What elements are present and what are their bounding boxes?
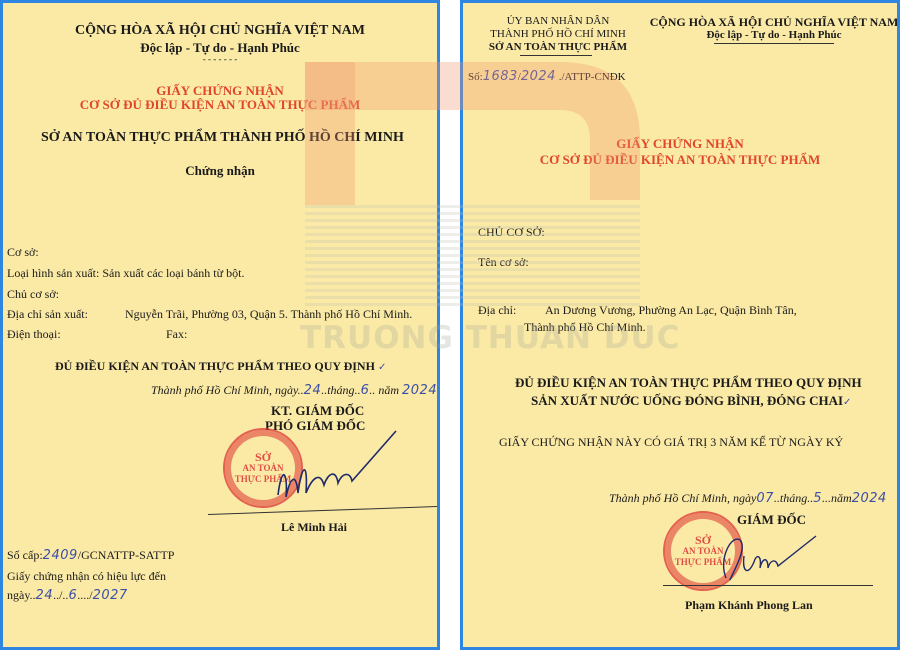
validity-label: Giấy chứng nhận có hiệu lực đến [7,569,166,584]
issue-number: Số cấp:2409/GCNATTP-SATTP [7,548,174,563]
conclusion-text: ĐỦ ĐIỀU KIỆN AN TOÀN THỰC PHẨM THEO QUY … [55,359,375,373]
certificate-page-left: CỘNG HÒA XÃ HỘI CHỦ NGHĨA VIỆT NAM Độc l… [0,0,440,650]
issue-number-suffix: /GCNATTP-SATTP [78,548,175,562]
doc-number-value: 1683 [483,69,518,84]
validity-prefix: ngày [7,588,30,602]
national-title: CỘNG HÒA XÃ HỘI CHỦ NGHĨA VIỆT NAM [3,23,437,39]
signature [268,423,408,513]
date-year-label: năm [378,383,399,397]
address-label: Địa chỉ: [478,303,516,318]
doc-year: 2024 [521,69,556,84]
doc-suffix: /ATTP-CNĐK [561,71,625,83]
date-month-label: tháng [327,383,354,397]
national-title: CỘNG HÒA XÃ HỘI CHỦ NGHĨA VIỆT NAM [648,15,900,30]
signer-role-1: KT. GIÁM ĐỐC [271,403,364,419]
address-value: Nguyễn Trãi, Phường 03, Quận 5. Thành ph… [125,307,412,322]
motto: Độc lập - Tự do - Hạnh Phúc [648,29,900,41]
conclusion: ĐỦ ĐIỀU KIỆN AN TOÀN THỰC PHẨM THEO QUY … [55,359,387,374]
signer-role: GIÁM ĐỐC [737,512,806,528]
agency-line-2: THÀNH PHỐ HỒ CHÍ MINH [463,28,653,40]
validity-date: ngày..24../..6..../2027 [7,588,128,603]
issue-date: Thành phố Hồ Chí Minh, ngày..24..tháng..… [151,383,437,398]
conclusion-line-2: SẢN XUẤT NƯỚC UỐNG ĐÓNG BÌNH, ĐÓNG CHAI✓ [531,393,852,409]
validity-month: 6 [68,588,77,603]
signature [708,528,838,588]
document-number: Số:1683/2024 ./ATTP-CNĐK [468,69,626,84]
cert-title-line-2: CƠ SỞ ĐỦ ĐIỀU KIỆN AN TOÀN THỰC PHẨM [463,152,897,168]
facility-label: Cơ sở: [7,245,39,260]
date-month: 5 [813,491,822,506]
production-type-label: Loại hình sản xuất: [7,266,99,280]
cert-title-line-1: GIẤY CHỨNG NHẬN [463,136,897,152]
cert-title-line-2: CƠ SỞ ĐỦ ĐIỀU KIỆN AN TOÀN THỰC PHẨM [3,97,437,113]
production-type: Loại hình sản xuất: Sản xuất các loại bá… [7,266,244,281]
issue-number-label: Số cấp: [7,548,43,562]
certificate-page-right: ỦY BAN NHÂN DÂN THÀNH PHỐ HỒ CHÍ MINH SỞ… [460,0,900,650]
owner-label: CHỦ CƠ SỞ: [478,225,545,240]
date-place: Thành phố Hồ Chí Minh, ngày [151,383,298,397]
initials-mark: ✓ [378,362,387,373]
phone-label: Điện thoại: [7,327,61,342]
date-year: 2024 [852,491,887,506]
production-type-value: Sản xuất các loại bánh từ bột. [102,266,244,280]
signature-line [663,585,873,586]
agency-line-3: SỞ AN TOÀN THỰC PHẨM [463,41,653,53]
issue-date: Thành phố Hồ Chí Minh, ngày07..tháng..5.… [609,491,887,506]
issue-number-value: 2409 [43,548,78,563]
date-place: Thành phố Hồ Chí Minh, ngày [609,491,756,505]
motto-dashes: - - - - - - - [3,54,437,64]
agency-line-1: ỦY BAN NHÂN DÂN [463,15,653,27]
date-day: 24 [304,383,322,398]
fax-label: Fax: [166,327,187,342]
date-day: 07 [756,491,774,506]
date-month-label: tháng [780,491,807,505]
address-label: Địa chỉ sản xuất: [7,307,88,322]
agency-underline [520,55,592,56]
validity-day: 24 [36,588,54,603]
facility-label: Tên cơ sở: [478,255,529,270]
signer-name: Lê Minh Hải [281,520,347,535]
date-year-label: năm [831,491,852,505]
date-year: 2024 [402,383,437,398]
initials-mark: ✓ [843,397,852,408]
conclusion-line-1: ĐỦ ĐIỀU KIỆN AN TOÀN THỰC PHẨM THEO QUY … [515,375,862,391]
motto-underline [714,43,834,44]
validity-year: 2027 [93,588,128,603]
address-value-line-1: An Dương Vương, Phường An Lạc, Quận Bình… [545,303,797,318]
owner-label: Chủ cơ sở: [7,287,59,302]
doc-number-label: Số: [468,71,483,83]
certifies-label: Chứng nhận [3,163,437,179]
address-value-line-2: Thành phố Hồ Chí Minh. [524,320,646,335]
conclusion-line-2-text: SẢN XUẤT NƯỚC UỐNG ĐÓNG BÌNH, ĐÓNG CHAI [531,393,843,408]
issuer: SỞ AN TOÀN THỰC PHẨM THÀNH PHỐ HỒ CHÍ MI… [41,130,404,146]
signer-name: Phạm Khánh Phong Lan [685,598,813,613]
validity-note: GIẤY CHỨNG NHẬN NÀY CÓ GIÁ TRỊ 3 NĂM KỂ … [499,435,843,450]
